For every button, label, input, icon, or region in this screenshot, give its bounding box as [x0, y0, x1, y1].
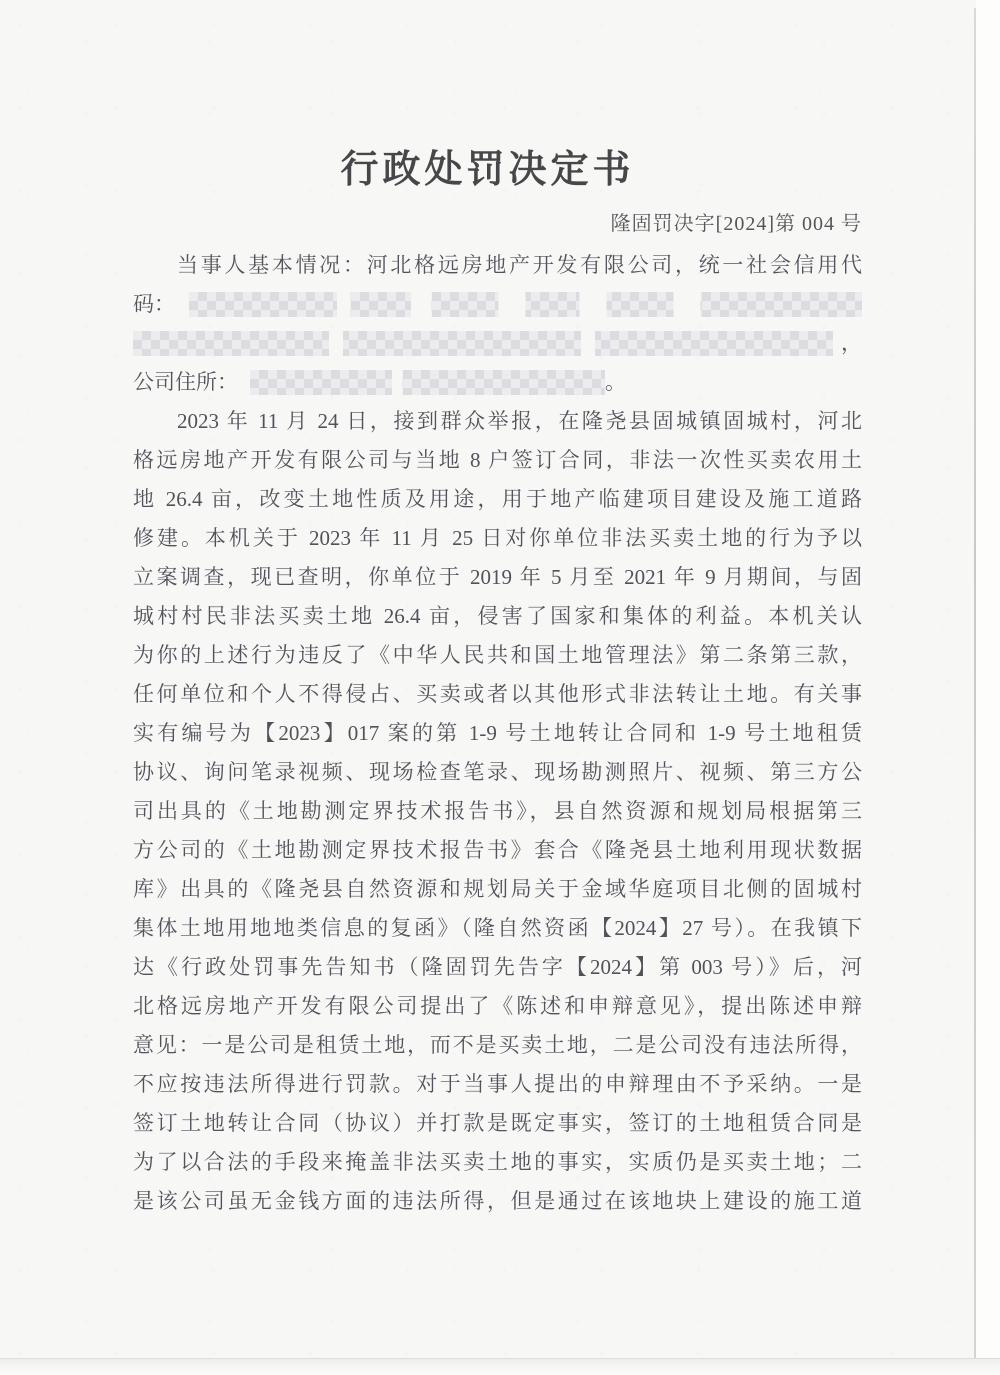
body-text-line: 方公司的《土地勘测定界技术报告书》套合《隆尧县土地利用现状数据: [133, 831, 862, 870]
body-text-line: 格远房地产开发有限公司与当地 8 户签订合同，非法一次性买卖农用土: [133, 441, 862, 480]
body-text-line: 不应按违法所得进行罚款。对于当事人提出的申辩理由不予采纳。一是: [133, 1065, 862, 1104]
body-text-line: 修建。本机关于 2023 年 11 月 25 日对你单位非法买卖土地的行为予以: [133, 519, 862, 558]
body-text-line: 签订土地转让合同（协议）并打款是既定事实，签订的土地租赁合同是: [133, 1104, 862, 1143]
body-text-line: 集体土地用地地类信息的复函》（隆自然资函【2024】27 号）。在我镇下: [133, 909, 862, 948]
body-text-line: 是该公司虽无金钱方面的违法所得，但是通过在该地块上建设的施工道: [133, 1182, 862, 1221]
document-title: 行政处罚决定书: [0, 138, 975, 193]
body-text-line: 北格远房地产开发有限公司提出了《陈述和申辩意见》，提出陈述申辩: [133, 987, 862, 1026]
redacted-legal-representative: [133, 331, 833, 356]
body-text-line: 2023 年 11 月 24 日，接到群众举报，在隆尧县固城镇固城村，河北: [133, 402, 862, 441]
party-info-line-2: 码：: [133, 285, 862, 324]
line-3-trailing-comma: ，: [841, 324, 862, 363]
body-text-line: 意见：一是公司是租赁土地，而不是买卖土地，二是公司没有违法所得，: [133, 1026, 862, 1065]
company-address-label: 公司住所：: [133, 363, 238, 402]
party-info-line-1: 当事人基本情况：河北格远房地产开发有限公司，统一社会信用代: [133, 246, 862, 285]
scan-bottom-edge: [0, 1358, 1000, 1375]
body-text-line: 实有编号为【2023】017 案的第 1-9 号土地转让合同和 1-9 号土地租…: [133, 714, 862, 753]
body-text-line: 任何单位和个人不得侵占、买卖或者以其他形式非法转让土地。有关事: [133, 675, 862, 714]
body-text-line: 协议、询问笔录视频、现场检查笔录、现场勘测照片、视频、第三方公: [133, 753, 862, 792]
line-4-trailing-period: 。: [605, 363, 626, 402]
body-text-line: 为你的上述行为违反了《中华人民共和国土地管理法》第二条第三款，: [133, 636, 862, 675]
body-text-line: 城村村民非法买卖土地 26.4 亩，侵害了国家和集体的利益。本机关认: [133, 597, 862, 636]
body-text-line: 达《行政处罚事先告知书（隆固罚先告字【2024】第 003 号）》后，河: [133, 948, 862, 987]
scan-edge-line: [974, 8, 976, 1375]
body-text-line: 司出具的《土地勘测定界技术报告书》，县自然资源和规划局根据第三: [133, 792, 862, 831]
body-text-line: 为了以合法的手段来掩盖非法买卖土地的事实，实质仍是买卖土地；二: [133, 1143, 862, 1182]
document-body: 当事人基本情况：河北格远房地产开发有限公司，统一社会信用代 码： ， 公司住所：…: [133, 246, 862, 1221]
redacted-credit-code: [189, 292, 862, 317]
main-paragraph: 2023 年 11 月 24 日，接到群众举报，在隆尧县固城镇固城村，河北格远房…: [133, 402, 862, 1221]
party-info-line-4: 公司住所： 。: [133, 363, 862, 402]
scanned-document-page: 行政处罚决定书 隆固罚决字[2024]第 004 号 当事人基本情况：河北格远房…: [0, 0, 1000, 1375]
body-text-line: 库》出具的《隆尧县自然资源和规划局关于金域华庭项目北侧的固城村: [133, 870, 862, 909]
document-number: 隆固罚决字[2024]第 004 号: [133, 207, 862, 236]
credit-code-label: 码：: [133, 285, 175, 324]
body-text-line: 立案调查，现已查明，你单位于 2019 年 5 月至 2021 年 9 月期间，…: [133, 558, 862, 597]
party-info-line-3: ，: [133, 324, 862, 363]
body-text-line: 地 26.4 亩，改变土地性质及用途，用于地产临建项目建设及施工道路: [133, 480, 862, 519]
scan-right-margin: [976, 0, 1000, 1375]
redacted-company-address: [250, 370, 605, 395]
